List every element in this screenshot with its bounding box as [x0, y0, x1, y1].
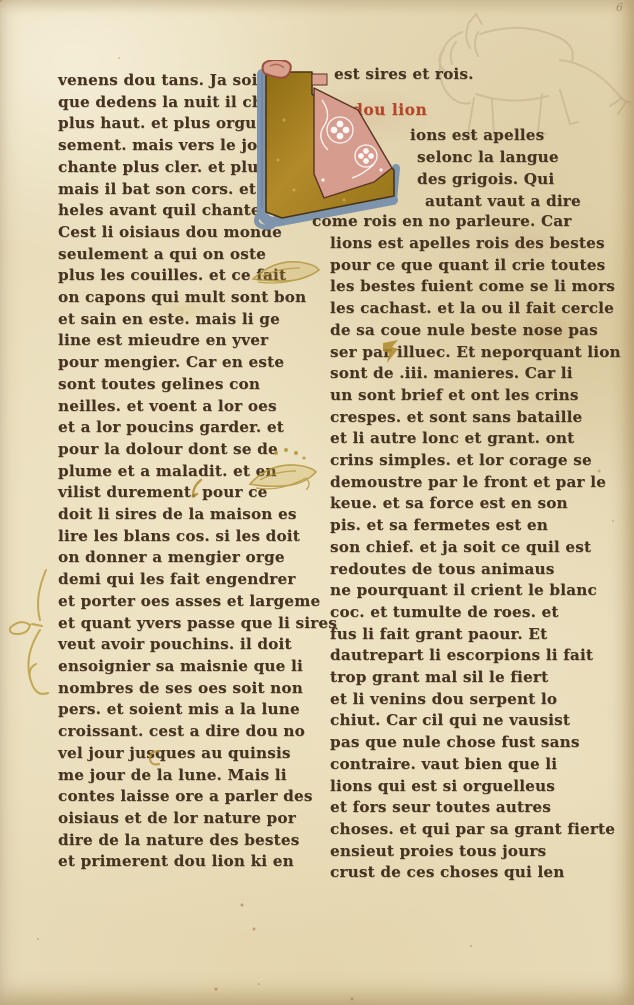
text-line: crespes. et sont sans bataille [330, 407, 602, 429]
text-line: et a lor poucins garder. et [58, 417, 310, 439]
text-line: line est mieudre en yver [58, 330, 310, 352]
text-line: et sain en este. mais li ge [58, 309, 310, 331]
gold-paraph-icon [381, 338, 401, 364]
text-line: pour mengier. Car en este [58, 352, 310, 374]
text-line: ne pourquant il crient le blanc [330, 580, 602, 602]
text-line: autant vaut a dire [425, 190, 581, 212]
lead-line: come rois en no parleure. Car [312, 211, 572, 233]
text-line: et li venins dou serpent lo [330, 689, 602, 711]
text-line: sont toutes gelines con [58, 374, 310, 396]
parchment-specks [0, 0, 2, 2]
text-line: on donner a mengier orge [58, 547, 310, 569]
text-line: et quant yvers passe que li sires [58, 613, 310, 635]
text-line: trop grant mal sil le fiert [330, 667, 602, 689]
text-line: ser par illuec. Et neporquant lion [330, 342, 602, 364]
text-line: veut avoir pouchins. il doit [58, 634, 310, 656]
wing-flourish-dots-icon [246, 444, 324, 498]
text-line: on capons qui mult sont bon [58, 287, 310, 309]
right-text-column: lions est apelles rois des bestespour ce… [330, 233, 602, 884]
text-line: pour ce que quant il crie toutes [330, 255, 602, 277]
text-line: choses. et qui par sa grant fierte [330, 819, 602, 841]
text-line: pas que nule chose fust sans [330, 732, 602, 754]
text-line: des grigois. Qui [417, 168, 581, 190]
gold-c-mark-icon [146, 748, 162, 766]
text-line: keue. et sa force est en son [330, 493, 602, 515]
text-line: selonc la langue [417, 146, 581, 168]
manuscript-page: 6 venens dou tans. Ja soit ceque dedens … [0, 0, 634, 1005]
text-line: et fors seur toutes autres [330, 797, 602, 819]
text-line: fus li fait grant paour. Et [330, 624, 602, 646]
text-line: dautrepart li escorpions li fait [330, 645, 602, 667]
text-line: doit li sires de la maison es [58, 504, 310, 526]
text-line: nombres de ses oes soit non [58, 678, 310, 700]
text-line: et porter oes asses et largeme [58, 591, 310, 613]
text-line: et primerent dou lion ki en [58, 851, 310, 873]
text-line: contes laisse ore a parler des [58, 786, 310, 808]
text-line: de sa coue nule beste nose pas [330, 320, 602, 342]
text-line: et li autre lonc et grant. ont [330, 428, 602, 450]
text-line: ensieut proies tous jours [330, 841, 602, 863]
text-line: pers. et soient mis a la lune [58, 699, 310, 721]
text-line: ions est apelles [410, 124, 581, 146]
text-line: son chief. et ja soit ce quil est [330, 537, 602, 559]
text-line: chiut. Car cil qui ne vausist [330, 710, 602, 732]
text-line: neilles. et voent a lor oes [58, 396, 310, 418]
text-line: vel jour jusques au quinsis [58, 743, 310, 765]
text-line: lions qui est si orguelleus [330, 776, 602, 798]
initial-L-artwork-icon [244, 60, 400, 236]
text-line: les bestes fuient come se li mors [330, 276, 602, 298]
nota-squiggle-icon [2, 568, 62, 706]
text-line: me jour de la lune. Mais li [58, 765, 310, 787]
text-line: demoustre par le front et par le [330, 472, 602, 494]
text-line: sont de .iii. manieres. Car li [330, 363, 602, 385]
gold-tick-icon [190, 478, 204, 498]
text-line: les cachast. et la ou il fait cercle [330, 298, 602, 320]
wing-flourish-icon [250, 252, 322, 290]
initial-adjacent-lines: ions est apellesselonc la languedes grig… [410, 124, 581, 212]
text-line: lire les blans cos. si les doit [58, 526, 310, 548]
text-line: ensoignier sa maisnie que li [58, 656, 310, 678]
text-line: coc. et tumulte de roes. et [330, 602, 602, 624]
text-line: oisiaus et de lor nature por [58, 808, 310, 830]
text-line: crust de ces choses qui len [330, 862, 602, 884]
text-line: lions est apelles rois des bestes [330, 233, 602, 255]
text-line: croissant. cest a dire dou no [58, 721, 310, 743]
text-line: pis. et sa fermetes est en [330, 515, 602, 537]
text-line: un sont brief et ont les crins [330, 385, 602, 407]
text-line: redoutes de tous animaus [330, 559, 602, 581]
text-line: contraire. vaut bien que li [330, 754, 602, 776]
text-line: crins simples. et lor corage se [330, 450, 602, 472]
text-line: dire de la nature des bestes [58, 830, 310, 852]
text-line: demi qui les fait engendrer [58, 569, 310, 591]
illuminated-initial-L: L [244, 60, 400, 236]
